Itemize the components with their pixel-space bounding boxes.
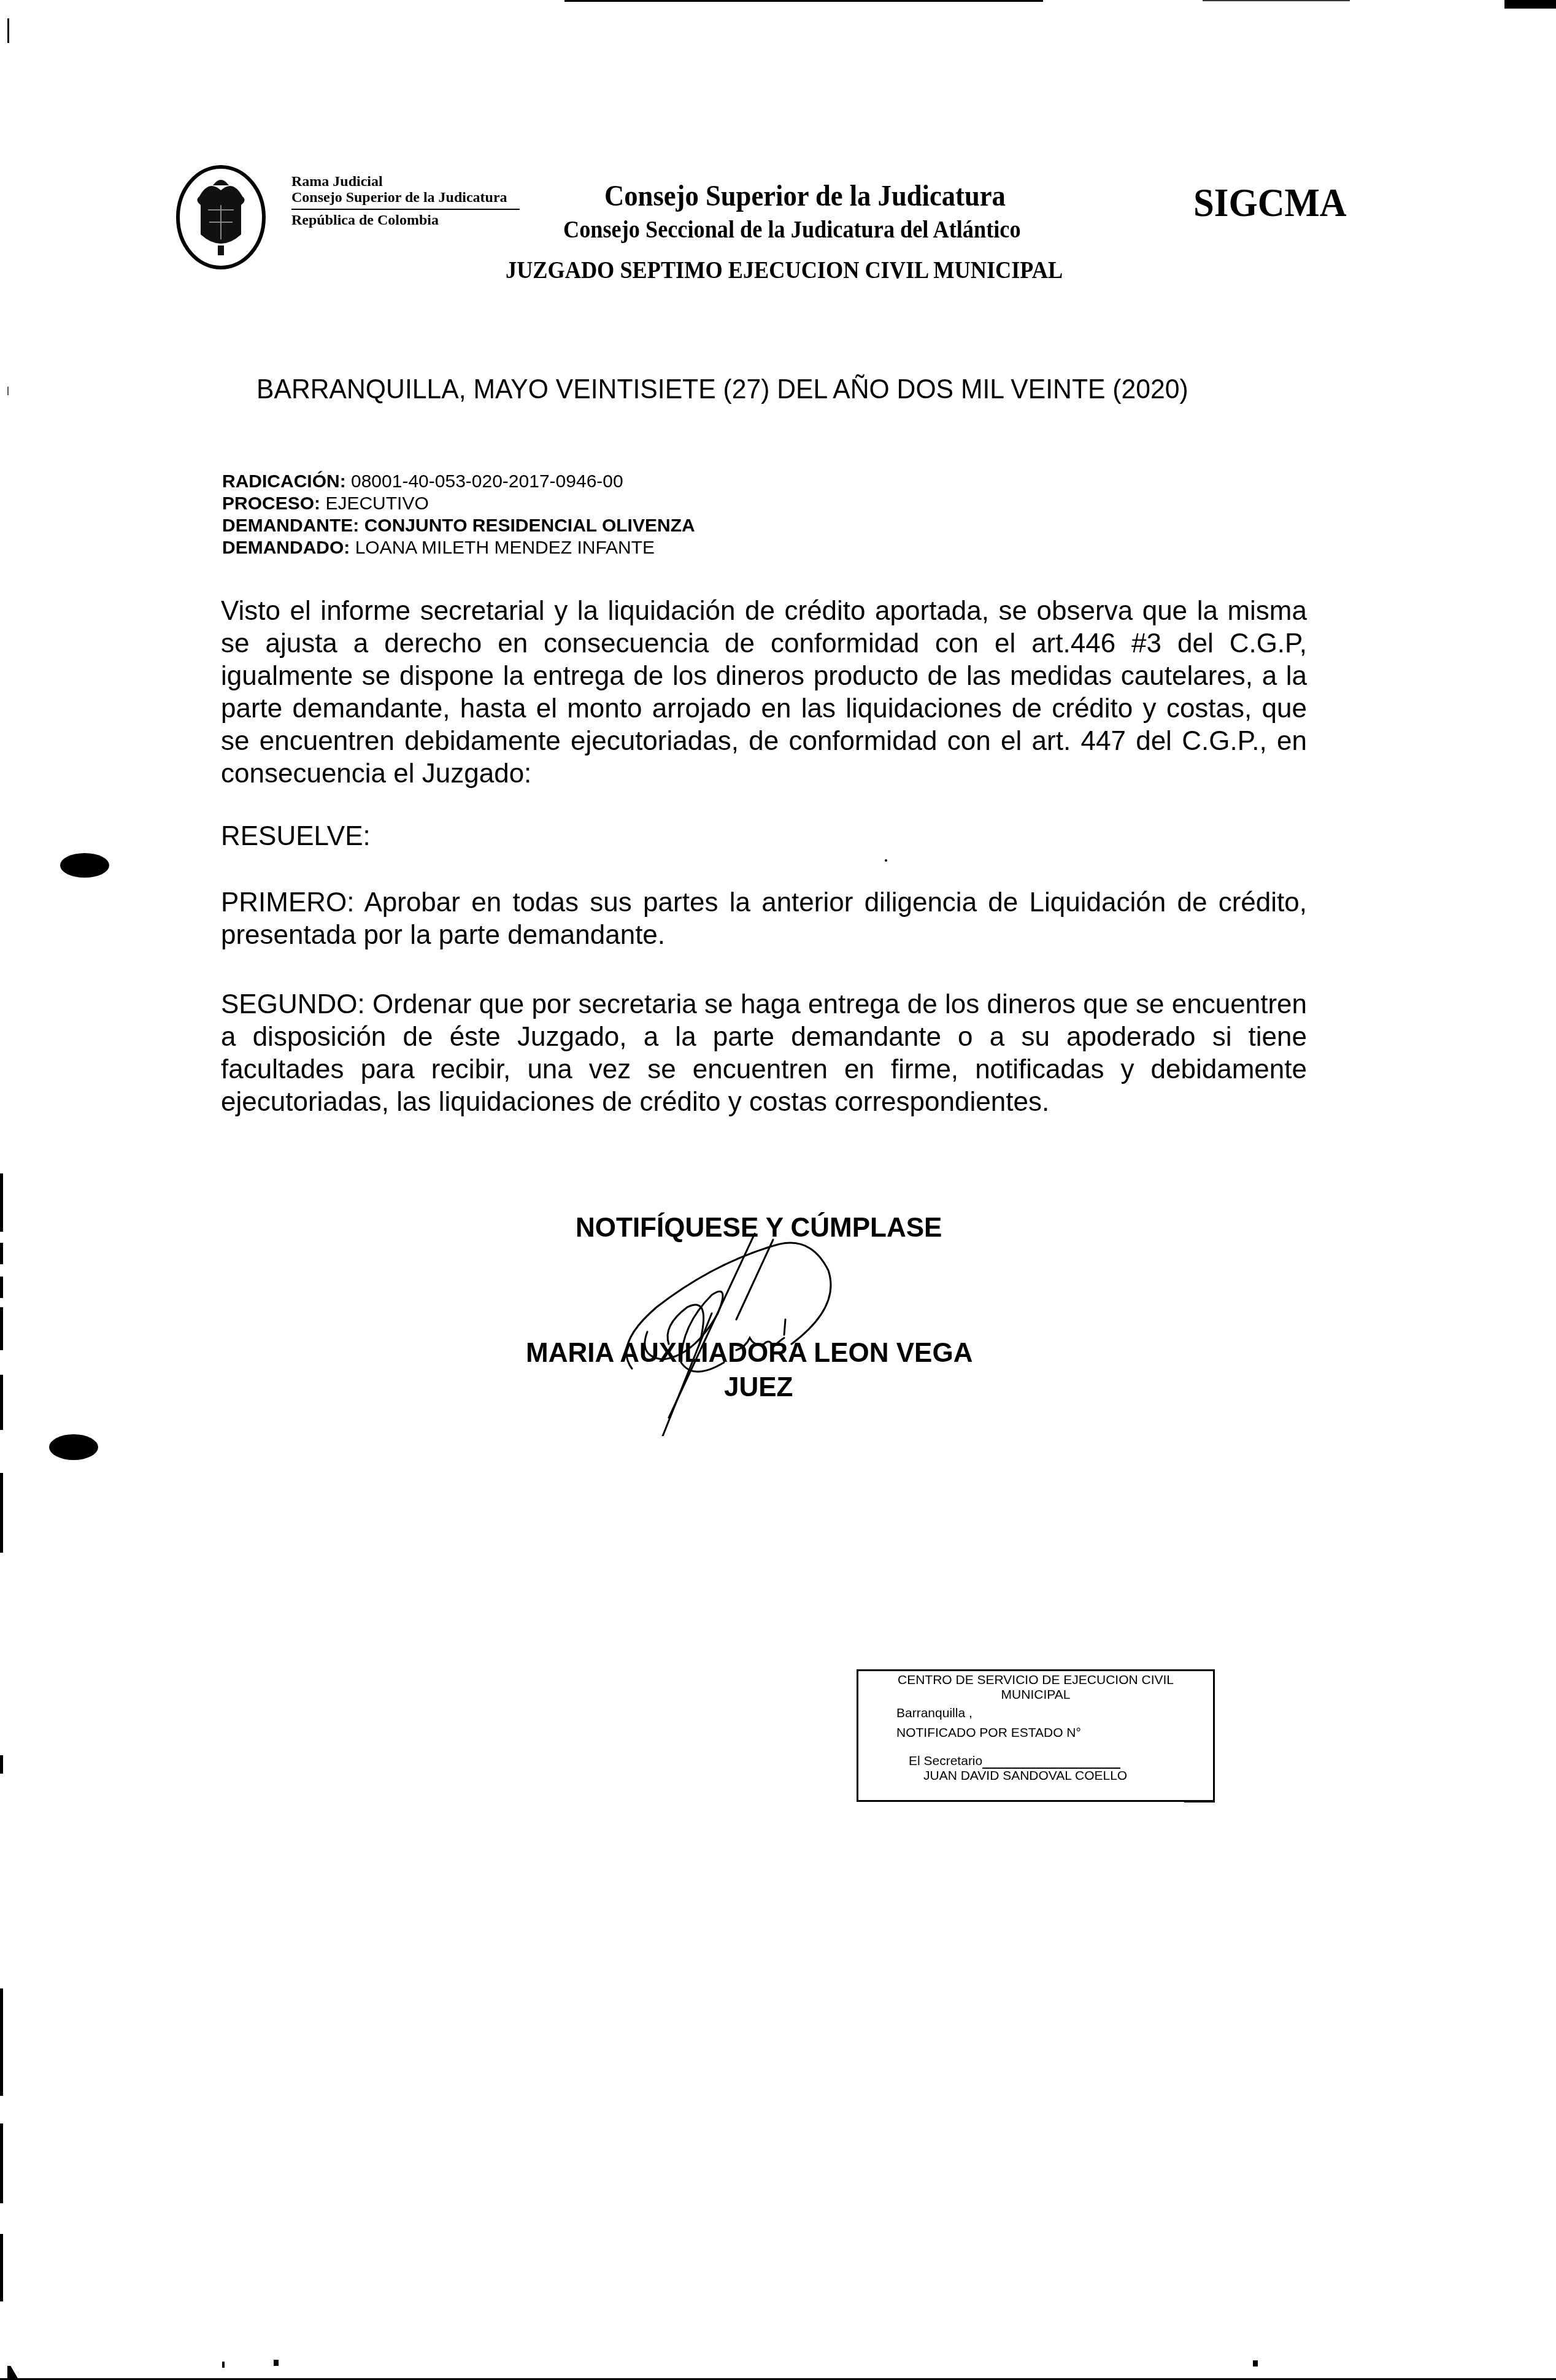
segundo-paragraph: SEGUNDO: Ordenar que por secretaria se h… <box>221 988 1307 1118</box>
radicacion-row: RADICACIÓN: 08001-40-053-020-2017-0946-0… <box>222 471 695 493</box>
judge-role: JUEZ <box>724 1372 793 1403</box>
scan-artifact-corner <box>1504 0 1556 9</box>
demandado-label: DEMANDADO: <box>222 538 350 558</box>
stamp-estado: NOTIFICADO POR ESTADO N° <box>858 1726 1213 1741</box>
seal-line: República de Colombia <box>291 212 520 228</box>
radicacion-value: 08001-40-053-020-2017-0946-00 <box>351 471 623 492</box>
handwritten-signature <box>589 1221 933 1436</box>
scan-artifact-edge <box>0 2123 3 2203</box>
demandante-value: CONJUNTO RESIDENCIAL OLIVENZA <box>364 516 695 536</box>
punch-hole <box>60 853 109 878</box>
case-metadata: RADICACIÓN: 08001-40-053-020-2017-0946-0… <box>222 471 695 559</box>
proceso-row: PROCESO: EJECUTIVO <box>222 493 695 515</box>
scan-artifact-edge <box>0 1375 3 1430</box>
scan-artifact-edge <box>0 2234 3 2301</box>
scan-artifact-speck <box>7 2366 18 2379</box>
scan-artifact-edge <box>0 1243 3 1264</box>
scan-artifact-edge <box>0 1988 3 2096</box>
scan-artifact-edge <box>0 1173 3 1232</box>
stamp-office: CENTRO DE SERVICIO DE EJECUCION CIVIL <box>858 1673 1213 1688</box>
scan-artifact-speck <box>222 2362 225 2368</box>
header-title: Consejo Superior de la Judicatura <box>604 179 1006 213</box>
stamp-border-tail <box>1184 1801 1215 1802</box>
demandado-row: DEMANDADO: LOANA MILETH MENDEZ INFANTE <box>222 537 695 559</box>
seal-rule <box>291 209 520 210</box>
scan-artifact-mark <box>7 387 9 395</box>
stamp-secretario-label: El Secretario <box>909 1754 982 1768</box>
stamp-city: Barranquilla , <box>858 1706 1213 1721</box>
stamp-secretario-row: El Secretario <box>858 1754 1213 1769</box>
stamp-office-cont: MUNICIPAL <box>858 1688 1213 1702</box>
proceso-value: EJECUTIVO <box>325 493 428 514</box>
proceso-label: PROCESO: <box>222 493 320 514</box>
scan-artifact-edge <box>0 1473 3 1553</box>
scan-artifact-top-rule <box>1203 0 1350 1</box>
resuelve-heading: RESUELVE: <box>221 821 371 852</box>
colombia-coat-of-arms-icon <box>175 161 267 271</box>
primero-paragraph: PRIMERO: Aprobar en todas sus partes la … <box>221 886 1307 951</box>
scan-artifact-top-rule <box>564 0 1043 2</box>
punch-hole <box>49 1434 98 1460</box>
demandado-value: LOANA MILETH MENDEZ INFANTE <box>355 538 655 558</box>
scan-artifact-speck <box>1253 2360 1258 2366</box>
scan-artifact-edge <box>0 1307 3 1350</box>
notification-stamp: CENTRO DE SERVICIO DE EJECUCION CIVIL MU… <box>857 1669 1215 1802</box>
seal-line: Rama Judicial <box>291 174 520 190</box>
seal-caption: Rama Judicial Consejo Superior de la Jud… <box>291 174 520 228</box>
scan-artifact-edge <box>0 1277 3 1298</box>
scan-artifact-dot <box>885 859 887 862</box>
scan-artifact-mark <box>7 18 9 43</box>
judge-name: MARIA AUXILIADORA LEON VEGA <box>526 1338 972 1369</box>
court-name: JUZGADO SEPTIMO EJECUCION CIVIL MUNICIPA… <box>506 257 1063 284</box>
header-subtitle: Consejo Seccional de la Judicatura del A… <box>563 216 1021 244</box>
scan-artifact-speck <box>274 2360 279 2366</box>
demandante-label: DEMANDANTE: <box>222 516 359 536</box>
scan-artifact-edge <box>0 1755 3 1774</box>
intro-paragraph: Visto el informe secretarial y la liquid… <box>221 595 1307 790</box>
radicacion-label: RADICACIÓN: <box>222 471 346 492</box>
system-code: SIGCMA <box>1193 180 1347 226</box>
stamp-secretario-name: JUAN DAVID SANDOVAL COELLO <box>858 1769 1213 1783</box>
date-line: BARRANQUILLA, MAYO VEINTISIETE (27) DEL … <box>256 374 1188 405</box>
demandante-row: DEMANDANTE: CONJUNTO RESIDENCIAL OLIVENZ… <box>222 515 695 537</box>
seal-line: Consejo Superior de la Judicatura <box>291 190 520 206</box>
